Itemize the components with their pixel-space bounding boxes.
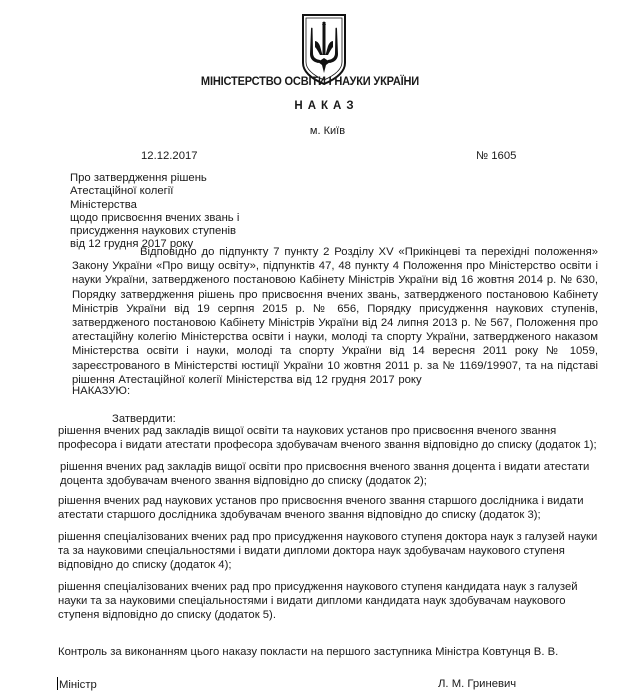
control-clause: Контроль за виконанням цього наказу покл… — [58, 645, 558, 659]
signer-title-line[interactable]: Міністр — [57, 677, 97, 692]
signer-title: Міністр — [59, 679, 97, 691]
subject-line: Атестаційної колегії Міністерства — [70, 185, 240, 212]
subject-line: щодо присвоєння вчених звань і — [70, 212, 240, 225]
city: м. Київ — [0, 124, 617, 138]
signer-name: Л. М. Гриневич — [438, 677, 516, 691]
order-date: 12.12.2017 — [141, 149, 198, 163]
order-item: рішення вчених рад наукових установ про … — [58, 494, 603, 522]
order-number: № 1605 — [476, 149, 516, 163]
subject-line: присудження наукових ступенів — [70, 225, 240, 238]
order-item: рішення спеціалізованих вчених рад про п… — [58, 580, 603, 622]
order-subject: Про затвердження рішень Атестаційної кол… — [70, 172, 240, 252]
preamble-paragraph: Відповідно до підпункту 7 пункту 2 Розді… — [72, 245, 598, 387]
order-item: рішення вчених рад закладів вищої освіти… — [58, 424, 603, 452]
order-item: рішення вчених рад закладів вищої освіти… — [60, 460, 605, 488]
ministry-name: МІНІСТЕРСТВО ОСВІТИ І НАУКИ УКРАЇНИ — [26, 74, 594, 88]
order-item: рішення спеціалізованих вчених рад про п… — [58, 530, 603, 572]
subject-line: Про затвердження рішень — [70, 172, 240, 185]
orders-heading: НАКАЗУЮ: — [72, 384, 130, 398]
text-cursor — [57, 677, 58, 690]
document-type: НАКАЗ — [0, 99, 617, 113]
